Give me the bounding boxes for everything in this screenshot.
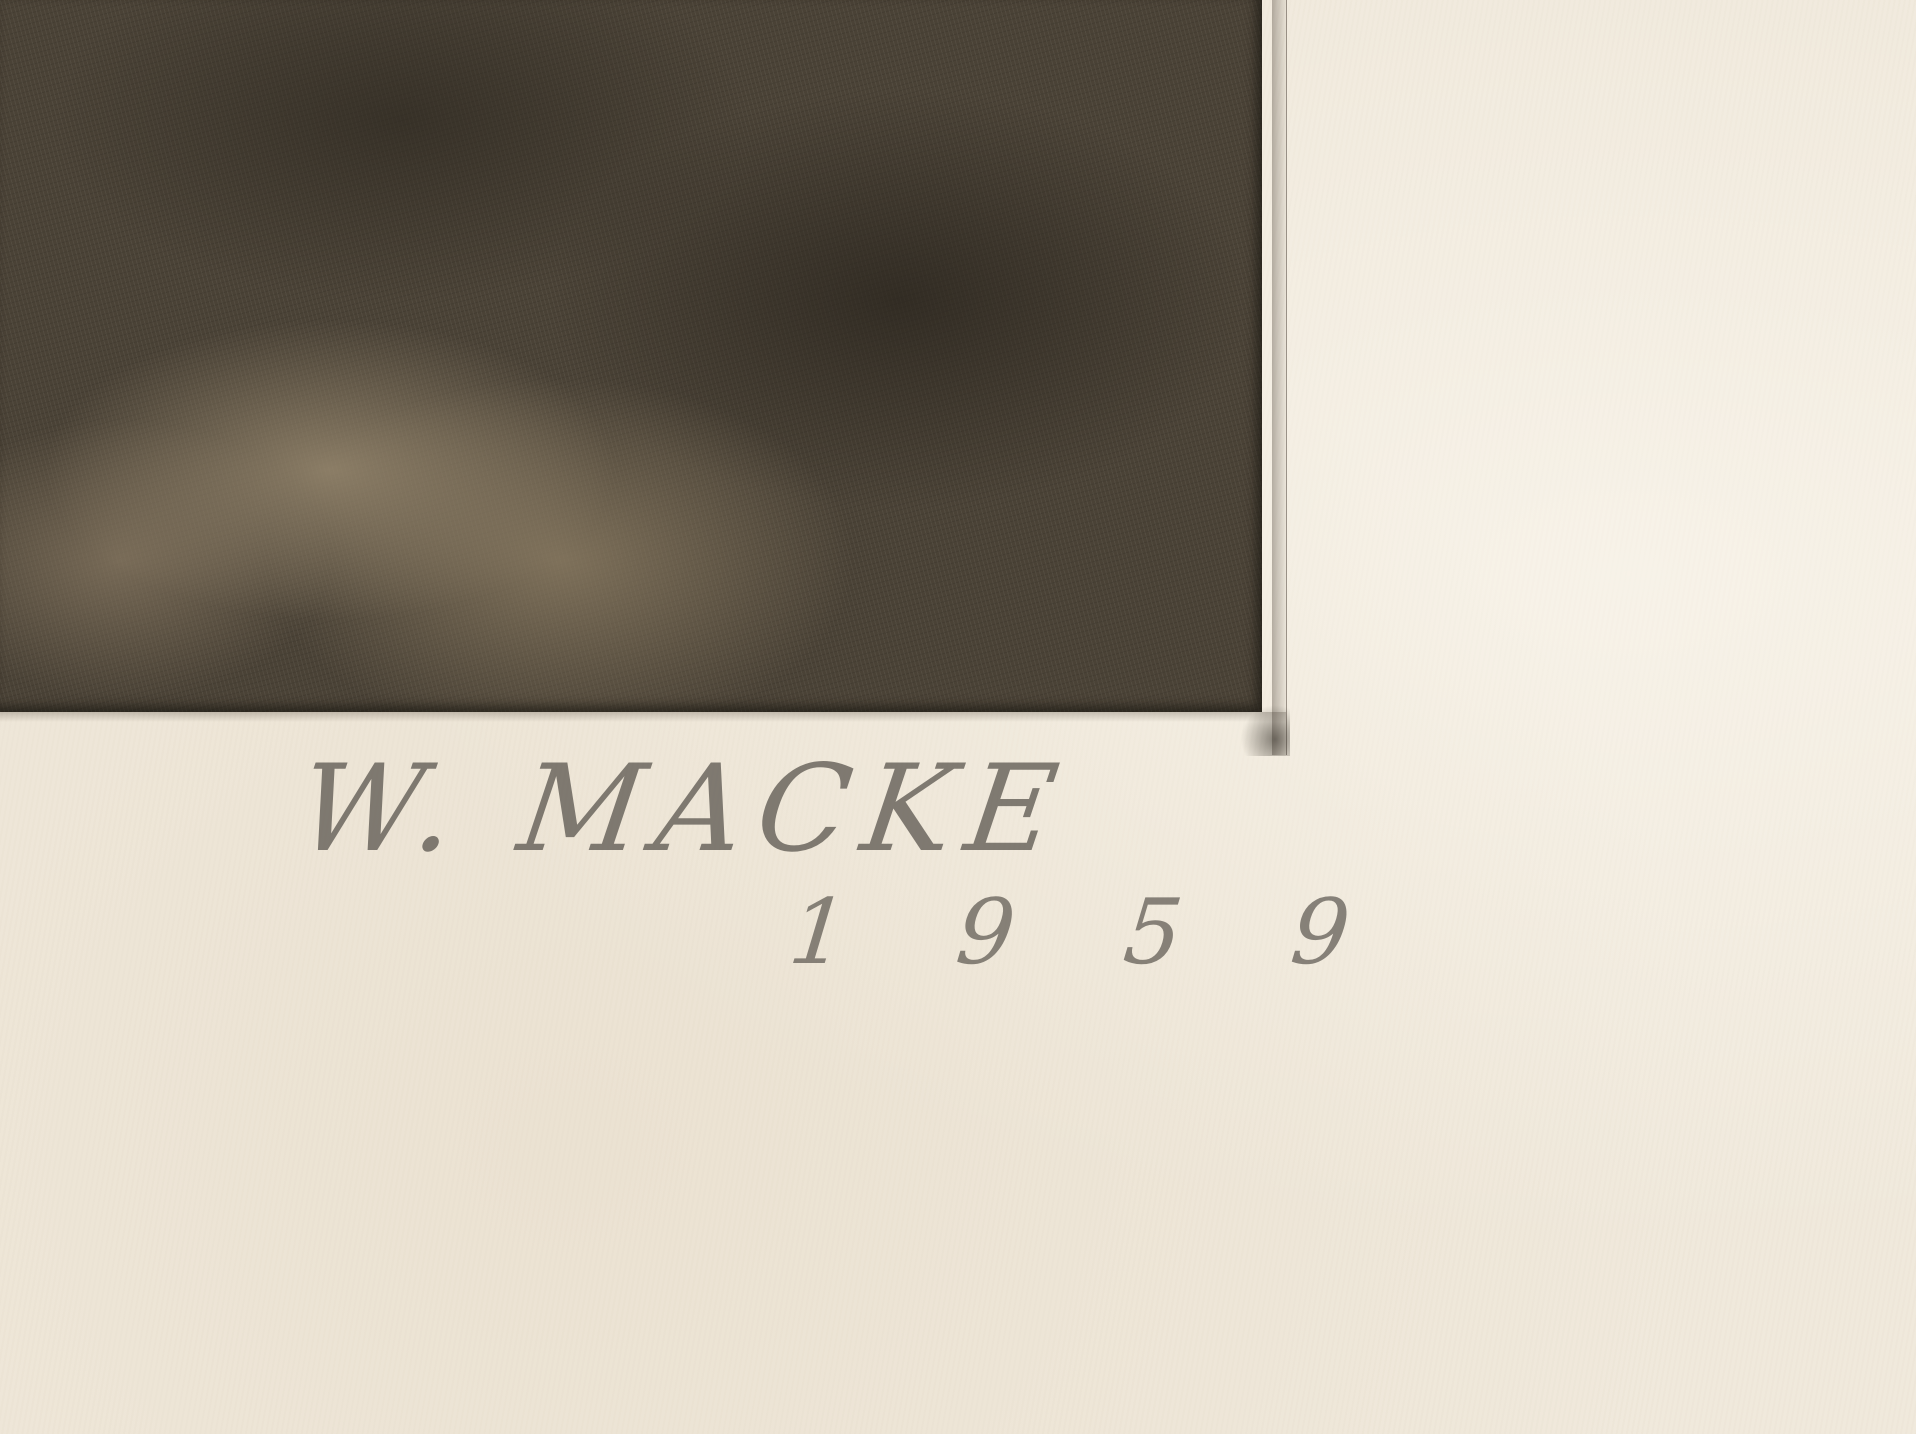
plate-mark-right-edge	[1272, 0, 1287, 755]
signature-year: 1959	[784, 880, 1464, 985]
etching-plate-image	[0, 0, 1262, 712]
plate-mark-bottom-edge	[0, 712, 1286, 722]
signature-name: W. MACKE	[290, 740, 1079, 879]
artist-signature: W. MACKE 1959	[300, 730, 1420, 1030]
